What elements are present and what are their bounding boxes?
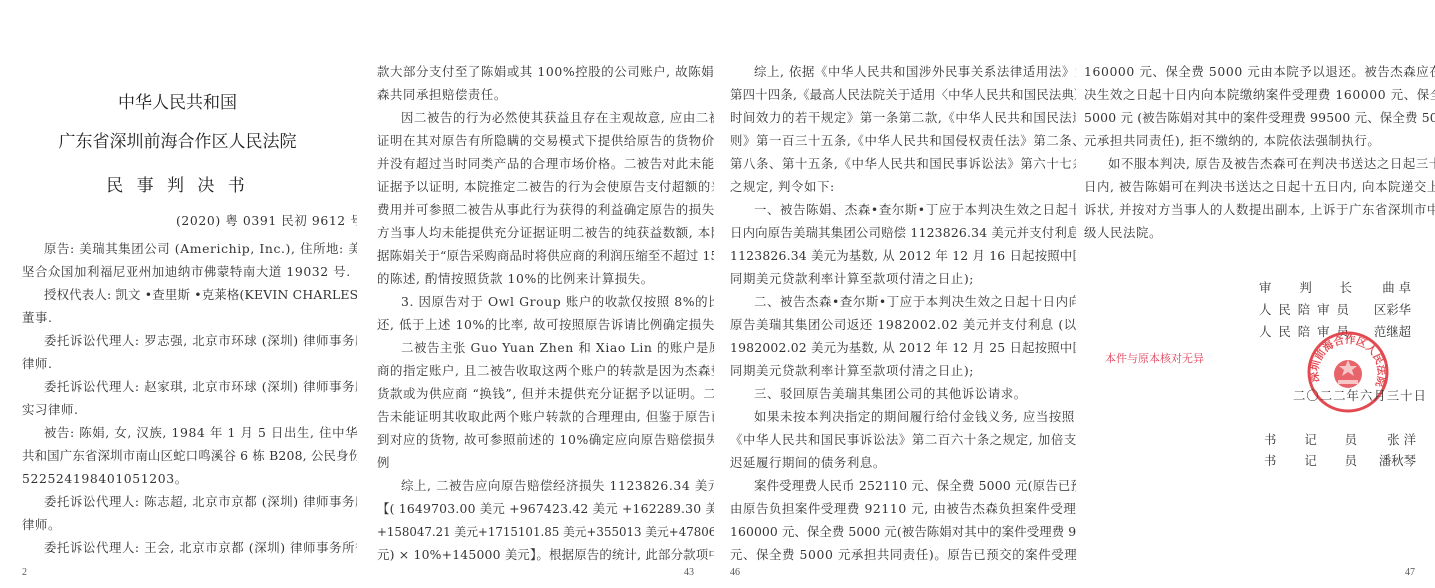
text-line: 日内向原告美瑞其集团公司赔偿 1123826.34 美元并支付利息(以 (730, 225, 1097, 241)
text-line: 董事. (22, 310, 53, 326)
text-line: +158047.21 美元+1715101.85 美元+355013 美元+47… (377, 524, 766, 540)
text-line: 被告: 陈娟, 女, 汉族, 1984 年 1 月 5 日出生, 住中华人民 (44, 425, 384, 441)
text-line: 综上, 二被告应向原告赔偿经济损失 1123826.34 美元 (401, 478, 721, 494)
page-number: 46 (730, 567, 740, 578)
text-line: 款大部分支付至了陈娟或其 100%控股的公司账户, 故陈娟应与杰 (377, 64, 753, 80)
text-line: 第四十四条,《最高人民法院关于适用〈中华人民共和国民法典〉 (730, 87, 1087, 103)
text-line: 森共同承担赔偿责任。 (377, 87, 507, 103)
page-47: 160000 元、保全费 5000 元由本院予以退还。被告杰森应在本判 决生效之… (1076, 0, 1435, 588)
text-line: 之规定, 判令如下: (730, 179, 835, 195)
page-number: 47 (1405, 567, 1415, 578)
page-43: 款大部分支付至了陈娟或其 100%控股的公司账户, 故陈娟应与杰 森共同承担赔偿… (357, 0, 712, 588)
text-line: 律师. (22, 356, 53, 372)
text-line: 诉状, 并按对方当事人的人数提出副本, 上诉于广东省深圳市中 (1084, 202, 1435, 218)
text-line: 据陈娟关于“原告采购商品时将供应商的利润压缩至不超过 15%” (377, 248, 737, 264)
text-line: 5000 元 (被告陈娟对其中的案件受理费 99500 元、保全费 5000 (1084, 110, 1435, 126)
text-line: 实习律师. (22, 402, 79, 418)
text-line: 元、保全费 5000 元承担共同责任)。原告已预交的案件受理费 (730, 547, 1090, 563)
text-line: 决生效之日起十日内向本院缴纳案件受理费 160000 元、保全费 (1084, 87, 1435, 103)
text-line: 证据予以证明, 本院推定二被告的行为会使原告支付超额的采购 (377, 179, 737, 195)
text-line: 第八条、第十五条,《中华人民共和国民事诉讼法》第六十七条 (730, 156, 1085, 172)
text-line: 方当事人均未能提供充分证据证明二被告的纯获益数额, 本院根 (377, 225, 737, 241)
signature-clerk-1: 书 记 员张 洋 (1264, 430, 1416, 448)
text-line: 【( 1649703.00 美元 +967423.42 美元 +162289.3… (377, 501, 731, 517)
text-line: 同期美元贷款利率计算至款项付清之日止); (730, 271, 974, 287)
text-line: 货款或为供应商 “换钱”, 但并未提供充分证据予以证明。二被 (377, 386, 729, 402)
text-line: 费用并可参照二被告从事此行为获得的利益确定原告的损失。双 (377, 202, 741, 218)
case-number: (2020) 粤 0391 民初 9612 号 (176, 213, 363, 229)
judgment-date: 二〇二二年六月三十日 (1293, 386, 1427, 404)
text-line: 如果未按本判决指定的期间履行给付金钱义务, 应当按照 (754, 409, 1075, 425)
text-line: 委托诉讼代理人: 赵家琪, 北京市环球 (深圳) 律师事务所 (44, 379, 368, 395)
text-line: 原告: 美瑞其集团公司 (Americhip, Inc.), 住所地: 美利 (44, 241, 374, 257)
text-line: 元) × 10%+145000 美元】。根据原告的统计, 此部分款项中最后 (377, 547, 746, 563)
text-line: 1123826.34 美元为基数, 从 2012 年 12 月 16 日起按照中… (730, 248, 1110, 264)
signature-clerk-2: 书 记 员潘秋琴 (1264, 451, 1416, 469)
text-line: 并没有超过当时同类产品的合理市场价格。二被告对此未能提供 (377, 156, 741, 172)
text-line: 1982002.02 美元为基数, 从 2012 年 12 月 25 日起按照中… (730, 340, 1110, 356)
text-line: 迟延履行期间的债务利息。 (730, 455, 886, 471)
text-line: 律师。 (22, 517, 61, 533)
text-line: 如不服本判决, 原告及被告杰森可在判决书送达之日起三十 (1108, 156, 1435, 172)
text-line: 商的指定账户, 且二被告收取这两个账户的转款是因为杰森垫付 (377, 363, 737, 379)
text-line: 告未能证明其收取此两个账户转款的合理理由, 但鉴于原告已收 (377, 409, 737, 425)
text-line: 委托诉讼代理人: 王会, 北京市京都 (深圳) 律师事务所律 (44, 540, 368, 556)
text-line: 还, 低于上述 10%的比率, 故可按照原告诉请比例确定损失。 (377, 317, 728, 333)
text-line: 证明在其对原告有所隐瞒的交易模式下提供给原告的货物价格 (377, 133, 728, 149)
page-46: 综上, 依据《中华人民共和国涉外民事关系法律适用法》第 第四十四条,《最高人民法… (714, 0, 1074, 588)
signature-presiding-judge: 审 判 长曲 卓 (1259, 278, 1411, 296)
signature-juror-1: 人民陪审员区彩华 (1259, 300, 1411, 318)
header-court: 广东省深圳前海合作区人民法院 (0, 127, 355, 152)
page-2: 中华人民共和国 广东省深圳前海合作区人民法院 民 事 判 决 书 (2020) … (0, 0, 355, 588)
text-line: 元承担共同责任), 拒不缴纳的, 本院依法强制执行。 (1084, 133, 1380, 149)
text-line: 时间效力的若干规定》第一条第二款,《中华人民共和国民法通 (730, 110, 1085, 126)
text-line: 委托诉讼代理人: 陈志超, 北京市京都 (深圳) 律师事务所 (44, 494, 368, 510)
text-line: 坚合众国加利福尼亚州加迪纳市佛蒙特南大道 19032 号. (22, 264, 351, 280)
text-line: 案件受理费人民币 252110 元、保全费 5000 元(原告已预交), (754, 478, 1105, 494)
text-line: 160000 元、保全费 5000 元由本院予以退还。被告杰森应在本判 (1084, 64, 1435, 80)
text-line: 日内, 被告陈娟可在判决书送达之日起十五日内, 向本院递交上 (1084, 179, 1435, 195)
page-number: 43 (684, 567, 694, 578)
text-line: 到对应的货物, 故可参照前述的 10%确定应向原告赔偿损失的比 (377, 432, 745, 448)
text-line: 原告美瑞其集团公司返还 1982002.02 美元并支付利息 (以 (730, 317, 1077, 333)
text-line: 的陈述, 酌情按照货款 10%的比例来计算损失。 (377, 271, 654, 287)
certified-copy-note: 本件与原本核对无异 (1105, 350, 1204, 366)
text-line: 《中华人民共和国民事诉讼法》第二百六十条之规定, 加倍支付 (730, 432, 1090, 448)
header-doc-type: 民 事 判 决 书 (0, 171, 355, 196)
text-line: 综上, 依据《中华人民共和国涉外民事关系法律适用法》第 (754, 64, 1088, 80)
text-line: 二、被告杰森•查尔斯•丁应于本判决生效之日起十日内向 (754, 294, 1082, 310)
text-line: 级人民法院。 (1084, 225, 1162, 241)
text-line: 160000 元、保全费 5000 元(被告陈娟对其中的案件受理费 99500 (730, 524, 1108, 540)
text-line: 因二被告的行为必然使其获益且存在主观故意, 应由二被告 (401, 110, 735, 126)
text-line: 则》第一百三十五条,《中华人民共和国侵权责任法》第二条、 (730, 133, 1085, 149)
text-line: 共和国广东省深圳市南山区蛇口鸣溪谷 6 栋 B208, 公民身份号码 (22, 448, 387, 464)
text-line: 522524198401051203。 (22, 471, 188, 487)
text-line: 委托诉讼代理人: 罗志强, 北京市环球 (深圳) 律师事务所 (44, 333, 368, 349)
text-line: 二被告主张 Guo Yuan Zhen 和 Xiao Lin 的账户是原告供应 (401, 340, 761, 356)
text-line: 同期美元贷款利率计算至款项付清之日止); (730, 363, 974, 379)
text-line: 例 (377, 455, 390, 471)
page-number: 2 (22, 567, 27, 578)
text-line: 一、被告陈娟、杰森•查尔斯•丁应于本判决生效之日起十 (754, 202, 1082, 218)
header-country: 中华人民共和国 (0, 88, 355, 113)
text-line: 由原告负担案件受理费 92110 元, 由被告杰森负担案件受理费 (730, 501, 1089, 517)
text-line: 三、驳回原告美瑞其集团公司的其他诉讼请求。 (754, 386, 1027, 402)
